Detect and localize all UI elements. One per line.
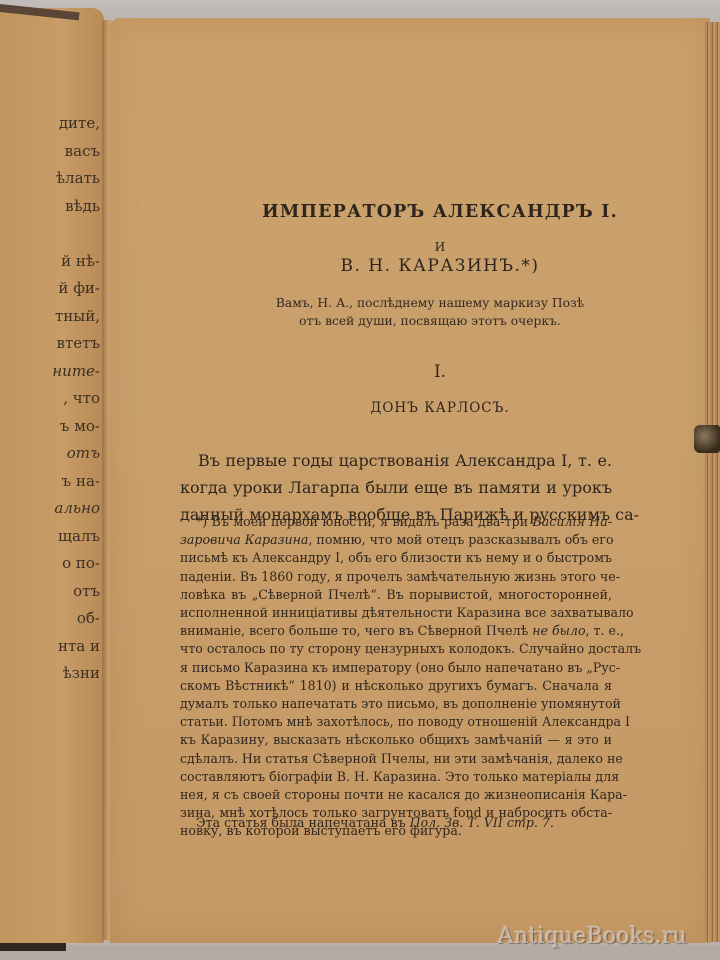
left-cover-bottom [0, 943, 66, 951]
footnote-line: заровича Каразина, помню, что мой отецъ … [180, 531, 612, 549]
left-page-line: тный, [0, 303, 100, 331]
left-page-line [0, 220, 100, 248]
page-title: ИМПЕРАТОРЪ АЛЕКСАНДРЪ I. [250, 202, 630, 222]
footnote-line: составляютъ біографіи В. Н. Каразина. Эт… [180, 768, 612, 786]
left-page-line: об- [0, 605, 100, 633]
left-page-line: й фи- [0, 275, 100, 303]
dedication: Вамъ, Н. А., послѣднему нашему маркизу П… [230, 294, 630, 330]
left-page-line: отъ [0, 440, 100, 468]
left-page-line: ѣзни [0, 660, 100, 688]
left-page-line: втетъ [0, 330, 100, 358]
footnote-line: ловѣка въ „Сѣверной Пчелѣ“. Въ порывисто… [180, 586, 612, 604]
left-page-line: о по- [0, 550, 100, 578]
footnote-source-prefix: Эта статья была напечатана въ [196, 815, 410, 830]
footnote-line: *) Въ моей первой юности, я видалъ раза … [180, 513, 612, 531]
title-conjunction: И [250, 240, 630, 254]
footnote-source: Эта статья была напечатана въ Пол. Зв. Т… [196, 815, 616, 830]
chapter-title: ДОНЪ КАРЛОСЪ. [250, 400, 630, 416]
footnote-line: скомъ Вѣстникѣ“ 1810) и нѣсколько других… [180, 677, 612, 695]
left-page-line: ъ мо- [0, 413, 100, 441]
footnote-source-citation: Пол. Зв. Т. VII стр. 7. [410, 815, 554, 830]
left-page-line: й нѣ- [0, 248, 100, 276]
left-page-line: ѣлать [0, 165, 100, 193]
left-page-text: дите,васъѣлатьвѣдь й нѣ-й фи-тный,втетън… [0, 110, 100, 688]
dedication-line: Вамъ, Н. А., послѣднему нашему маркизу П… [230, 294, 630, 312]
footnote-line: вниманіе, всего больше то, чего въ Сѣвер… [180, 622, 612, 640]
watermark: AntiqueBooks.ru [498, 924, 687, 949]
left-page-line: отъ [0, 578, 100, 606]
footnote-line: паденіи. Въ 1860 году, я прочелъ замѣчат… [180, 568, 612, 586]
footnote-line: нея, я съ своей стороны почти не касался… [180, 786, 612, 804]
left-page-line: , что [0, 385, 100, 413]
page-edges [705, 22, 720, 942]
footnote: *) Въ моей первой юности, я видалъ раза … [180, 513, 612, 841]
footnote-line: исполненной инниціативы дѣятельности Кар… [180, 604, 612, 622]
footnote-line: я письмо Каразина къ императору (оно был… [180, 659, 612, 677]
footnote-line: письмѣ къ Александру I, объ его близости… [180, 549, 612, 567]
left-page-line: нта и [0, 633, 100, 661]
body-line: когда уроки Лагарпа были еще въ памяти и… [180, 474, 612, 501]
left-page-line: дите, [0, 110, 100, 138]
footnote-line: что осталось по ту сторону цензурныхъ ко… [180, 640, 612, 658]
left-page-line: ъ на- [0, 468, 100, 496]
footnote-line: къ Каразину, высказать нѣсколько общихъ … [180, 731, 612, 749]
left-page-line: щалъ [0, 523, 100, 551]
left-page-line: ните- [0, 358, 100, 386]
left-page-line: вѣдь [0, 193, 100, 221]
page-subtitle: В. Н. КАРАЗИНЪ.*) [250, 256, 630, 276]
chapter-number: I. [250, 362, 630, 382]
left-page: дите,васъѣлатьвѣдь й нѣ-й фи-тный,втетън… [0, 8, 104, 943]
footnote-line: думалъ только напечатать это письмо, въ … [180, 695, 612, 713]
dedication-line: отъ всей души, посвящаю этотъ очеркъ. [230, 312, 630, 330]
metal-clasp [694, 425, 720, 453]
body-line: Въ первые годы царствованія Александра I… [180, 447, 612, 474]
left-page-line: ально [0, 495, 100, 523]
footnote-line: статьи. Потомъ мнѣ захотѣлось, по поводу… [180, 713, 612, 731]
footnote-line: сдѣлалъ. Ни статья Сѣверной Пчелы, ни эт… [180, 750, 612, 768]
left-page-line: васъ [0, 138, 100, 166]
book-photo: дите,васъѣлатьвѣдь й нѣ-й фи-тный,втетън… [0, 0, 720, 960]
